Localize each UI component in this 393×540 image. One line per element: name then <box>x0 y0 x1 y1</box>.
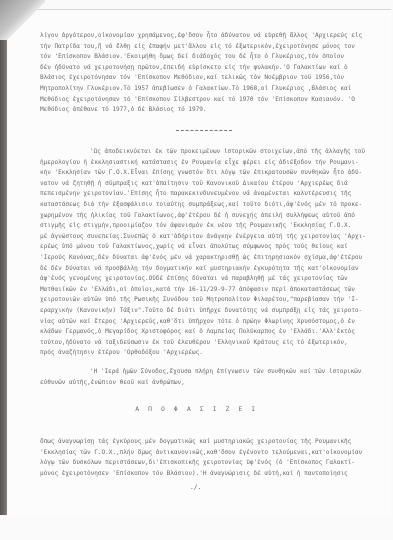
text-line: εὐθυνῶν αὐτῆς,ἐνώπιον θεοῦ καί ἀνθρώπων, <box>40 378 380 389</box>
text-line: Μεθόδιος ἐχειροτόνησαν τό 'Επίσκοπον Σίλ… <box>40 95 380 106</box>
scan-edge-shadow <box>0 0 7 515</box>
text-line: Μεθόδιος ἀπέθανε τό 1977,ὁ δέ Βλάσιος τό… <box>40 105 380 116</box>
paragraph-3: 'Η 'Ιερά ἡμῶν Σύνοδος,ἔχουσα πλήρη ἐπίγν… <box>40 367 380 388</box>
text-line: πεπεισμένην χειροτονίαν.'Επίσης ἦτο παρα… <box>40 189 380 200</box>
text-line: εραρχικήν (Κανονικήν) Τάξιν".Τοῦτο δέ δι… <box>40 306 380 317</box>
text-line: μέ ἀγνώστους συνεπείας.Συνεπῶς ὁ κατ'ἀδή… <box>40 232 380 243</box>
text-line: στιγμῆς εἰς στιγμήν,προοιμίαζον τόν ἀφαν… <box>40 221 380 232</box>
text-line: πρός ἀναζήτησιν ἑτέρου 'Ορθοδόξου 'Αρχιε… <box>40 348 380 359</box>
text-line: Μητροπολίτην Γλυκέριον.Τό 1957 ἀπεβίωσεν… <box>40 84 380 95</box>
text-line: τήν Πατρίδα του,ἤ νά ἔλθῃ εἰς ἐπαφήν μετ… <box>40 42 380 53</box>
paragraph-1: λίγον ἀργότερον,οἰκονομίαν χρησάμενος,ἐφ… <box>40 31 380 116</box>
text-line: 'Ιερούς Κανόνας,δέν δύναται ἀφ'ἑνός μέν … <box>40 253 380 264</box>
text-line: ερέως ὑπό μόνου τοῦ Γαλακτίωνος,χωρίς νά… <box>40 242 380 253</box>
text-line: Βλάσιος ἐχειροτόνησαν τόν 'Επίσκοπον Μεθ… <box>40 73 380 84</box>
text-line: 'Η 'Ιερά ἡμῶν Σύνοδος,ἔχουσα πλήρη ἐπίγν… <box>40 367 380 378</box>
text-line: νίας αὐτῶν καί ἕτερος 'Αρχιερεύς,καθ'ὅτι… <box>40 317 380 328</box>
text-line: λόγῳ τῶν δυσκόλων περιστάσεων,δι'ἐπισκοπ… <box>40 458 380 469</box>
text-line: ἡμερολογίου ἡ ἐκκλησιαστική κατάστασις ἐ… <box>40 158 380 169</box>
text-line: μόνος ἐχειροτόνησεν 'Επίσκοπον τόν Βλάσι… <box>40 469 380 480</box>
text-line: ὅπως ἀναγνωρίσῃ τάς ἐγκύρους μέν δογματι… <box>40 437 380 448</box>
text-line: τόν 'Επίσκοπον Βλάσιον.'Εκοιμήθη ὅμως δε… <box>40 52 380 63</box>
text-line: δέν ἠδύνατο νά χειροτονήσῃ πρῶτον,ἐπειδή… <box>40 63 380 74</box>
text-line: λίγον ἀργότερον,οἰκονομίαν χρησάμενος,ἐφ… <box>40 31 380 42</box>
page-corner-fold <box>0 0 45 40</box>
text-line: Ματθαιϊκῶν ἐν 'Ελλάδι,οἱ ὁποῖοι,κατά τήν… <box>40 285 380 296</box>
page-continuation-mark: ./. <box>190 484 201 491</box>
text-line: 'Εκκλησίας τῶν Γ.Ο.Χ.,πλήν ὅμως ἀντικανο… <box>40 448 380 459</box>
text-line: κήν 'Εκκλησίαν τῶν Γ.Ο.Χ.Εἶναι ἐπίσης γν… <box>40 168 380 179</box>
text-line: 'Ως ἀποδεικνύεται ἐκ τῶν προκειμένων ἱστ… <box>40 147 380 158</box>
scan-bottom-margin <box>0 515 393 540</box>
text-line: χωρημένον τῆς ἡλικίας τοῦ Γαλακτίωνος,ἀφ… <box>40 211 380 222</box>
text-line: καταστάσεως διά τήν ἐξασφάλισιν τοιαύτης… <box>40 200 380 211</box>
section-divider <box>176 130 232 131</box>
section-heading: Α Π Ο Φ Α Σ Ι Ζ Ε Ι <box>0 405 393 413</box>
text-line: δέ δέν δύναται νά προσβάλλῃ τήν δογματικ… <box>40 264 380 275</box>
text-line: νατον νά ζητηθῇ ἡ σύμπραξις κατ'ἀπαίτησι… <box>40 179 380 190</box>
text-line: τούτου,ἠδύνατο νά ταξιδεύσωσιν ἐκ τοῦ ἐλ… <box>40 338 380 349</box>
text-line: χειροτονιῶν αὐτῶν ὑπό τῆς Ρωσικῆς Συνόδο… <box>40 295 380 306</box>
text-line: ἀφ'ἑνός γενομένης χειροτονίας.Οὐδέ ἐπίση… <box>40 274 380 285</box>
text-line: κλάδων Γερμανός,ὁ Μεγαρίδος Χριστοφόρος … <box>40 327 380 338</box>
paragraph-2: 'Ως ἀποδεικνύεται ἐκ τῶν προκειμένων ἱστ… <box>40 147 380 359</box>
paragraph-4: ὅπως ἀναγνωρίσῃ τάς ἐγκύρους μέν δογματι… <box>40 437 380 479</box>
